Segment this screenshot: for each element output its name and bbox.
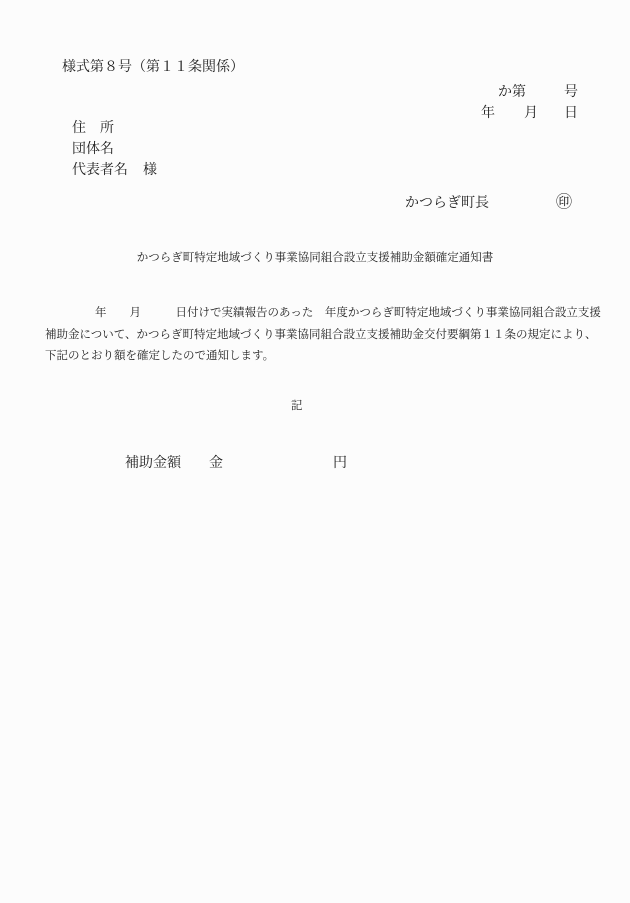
amount-currency-prefix: 金 xyxy=(209,456,223,471)
doc-number-blank xyxy=(526,95,564,96)
subsidy-amount-label: 補助金額 xyxy=(125,456,181,471)
addressee-organization-label: 団体名 xyxy=(72,142,114,158)
body-paragraph: 年 月 日付けで実績報告のあった 年度かつらぎ町特定地域づくり事業協同組合設立支… xyxy=(45,303,590,368)
date-year-blank xyxy=(495,116,524,117)
body-line-1: 年 月 日付けで実績報告のあった 年度かつらぎ町特定地域づくり事業協同組合設立支… xyxy=(45,303,590,325)
date-month-label: 月 xyxy=(524,106,538,121)
addressee-representative-label: 代表者名 xyxy=(72,163,128,178)
form-number: 様式第８号（第１１条関係） xyxy=(62,60,244,76)
document-page: 様式第８号（第１１条関係） か第号 年月日 住 所 団体名 代表者名様 かつらぎ… xyxy=(0,0,630,903)
date-month-blank xyxy=(538,116,564,117)
subsidy-amount-line: 補助金額金円 xyxy=(125,456,347,472)
date-year-label: 年 xyxy=(481,106,495,121)
date-day-label: 日 xyxy=(564,106,578,121)
doc-number-line: か第号 xyxy=(498,85,578,101)
body-line-3: 下記のとおり額を確定したので通知します。 xyxy=(45,346,590,368)
sender-title: かつらぎ町長 xyxy=(405,196,489,212)
addressee-representative-line: 代表者名様 xyxy=(72,163,157,179)
addressee-honorific: 様 xyxy=(143,163,157,178)
amount-label-gap xyxy=(181,466,209,467)
document-title: かつらぎ町特定地域づくり事業協同組合設立支援補助金額確定通知書 xyxy=(0,252,630,265)
doc-number-suffix: 号 xyxy=(564,85,578,100)
body-line-2: 補助金について、かつらぎ町特定地域づくり事業協同組合設立支援補助金交付要綱第１１… xyxy=(45,325,590,347)
section-marker-ki: 記 xyxy=(291,400,303,413)
addressee-name-blank xyxy=(128,173,143,174)
seal-mark-icon: ㊞ xyxy=(556,194,572,212)
amount-unit: 円 xyxy=(333,456,347,471)
date-line: 年月日 xyxy=(481,106,578,122)
amount-value-blank xyxy=(223,466,333,467)
doc-number-prefix: か第 xyxy=(498,85,526,100)
addressee-address-label: 住 所 xyxy=(72,121,114,137)
